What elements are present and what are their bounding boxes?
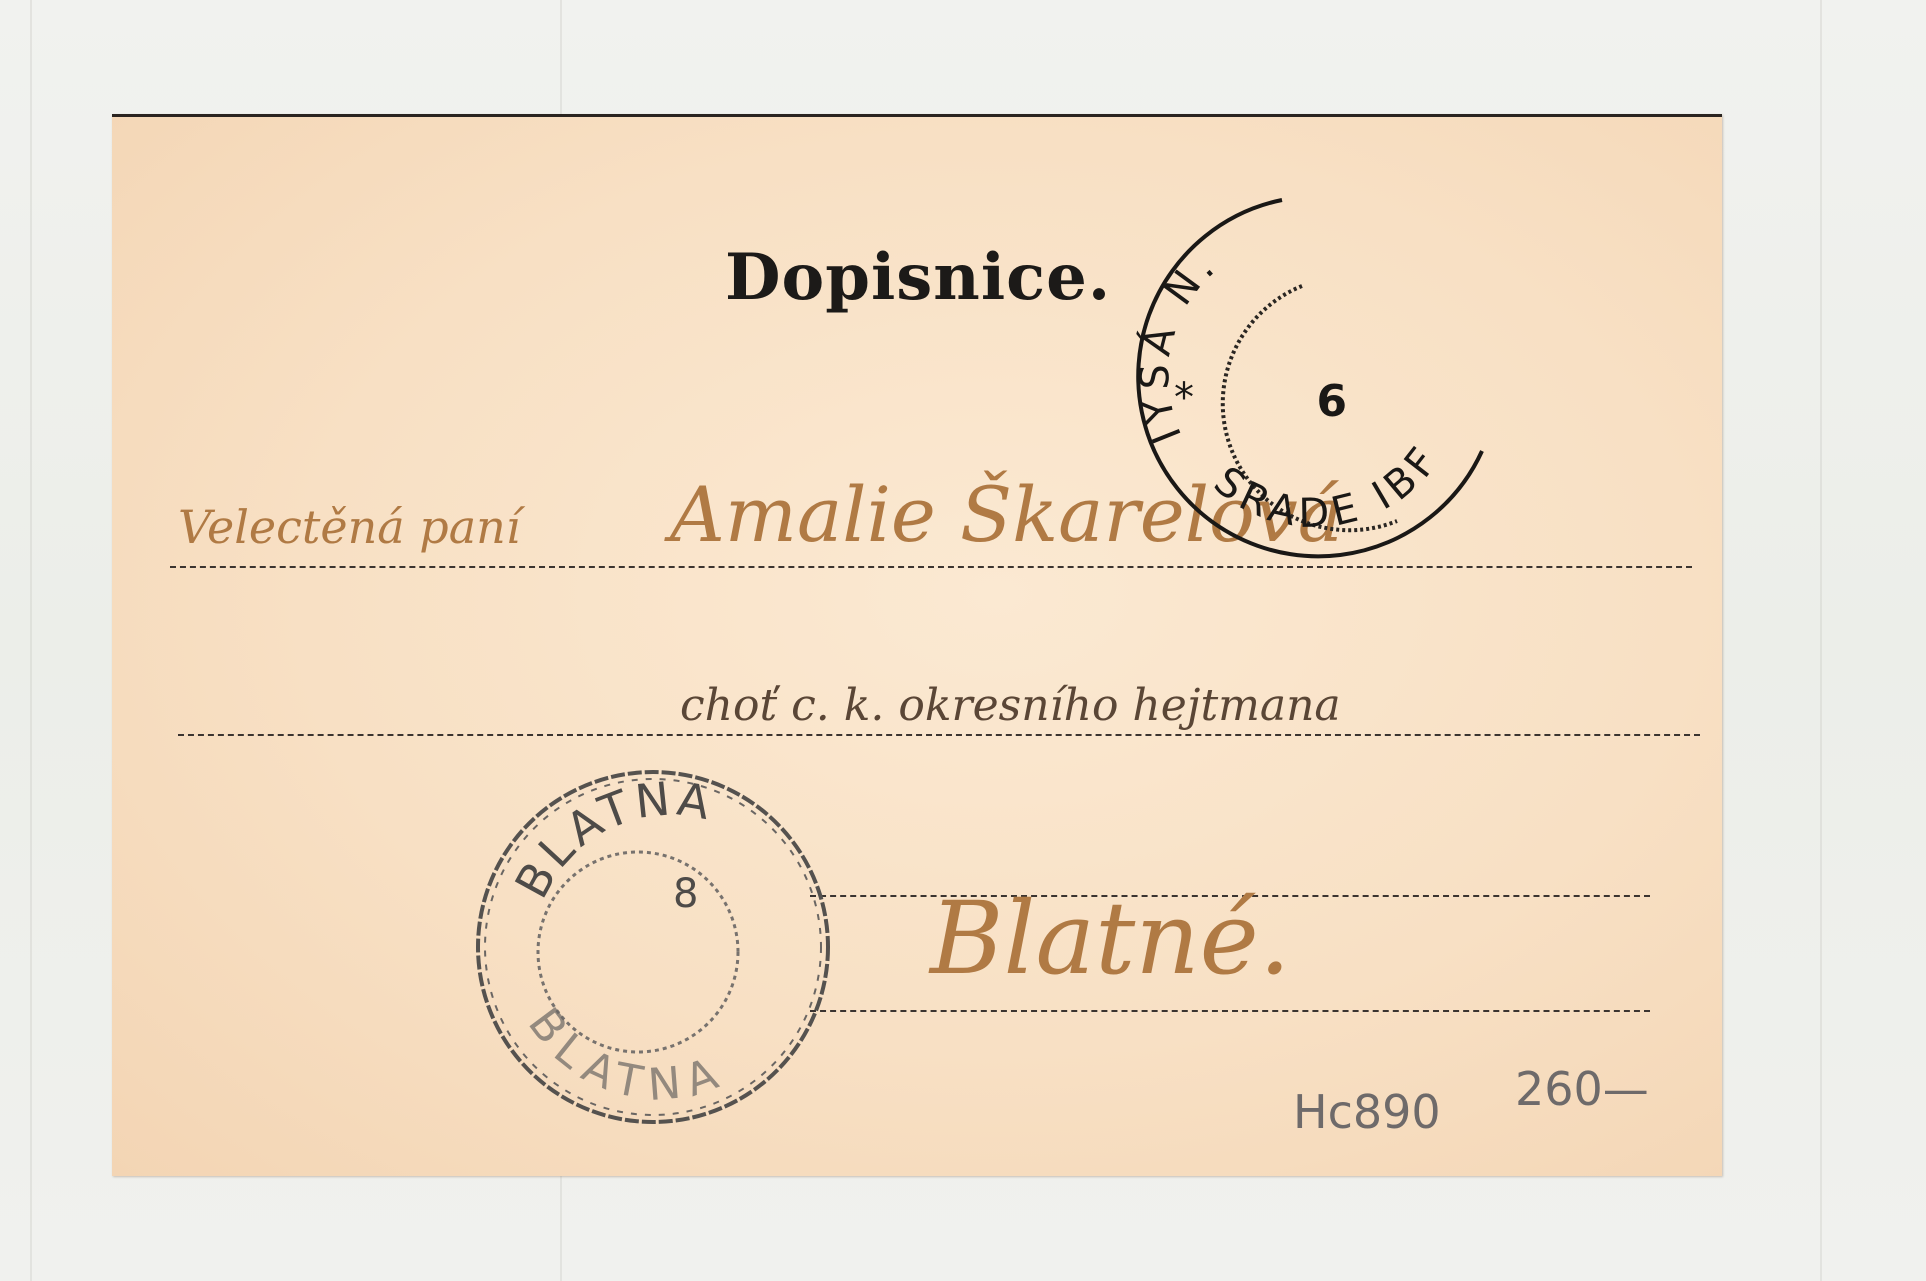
address-line-4 [810,1010,1650,1012]
arrival-postmark-date: 8 [673,871,698,917]
handwritten-salutation: Velectěná paní [178,500,521,554]
departure-postmark-date: 9 [1316,373,1347,424]
star-icon: * [1174,375,1194,421]
svg-text:BLATNA: BLATNA [518,999,734,1111]
handwritten-line2: choť c. k. okresního hejtmana [680,680,1341,731]
address-line-1 [170,566,1692,568]
pencil-note-reference: Hc890 [1293,1085,1441,1139]
handwritten-city: Blatné. [930,880,1291,997]
postcard-title: Dopisnice. [725,240,1111,315]
departure-postmark: IYSÁ N. SRADE IBF * 9 [1142,196,1502,558]
arrival-postmark: BLATNA BLATNA 8 [468,762,838,1132]
arrival-postmark-bottom-text: BLATNA [518,999,734,1111]
svg-text:SRADE IBF: SRADE IBF [1205,435,1450,537]
address-line-2 [178,734,1700,736]
pencil-note-price: 260— [1515,1062,1649,1116]
departure-postmark-bottom-text: SRADE IBF [1205,435,1450,537]
